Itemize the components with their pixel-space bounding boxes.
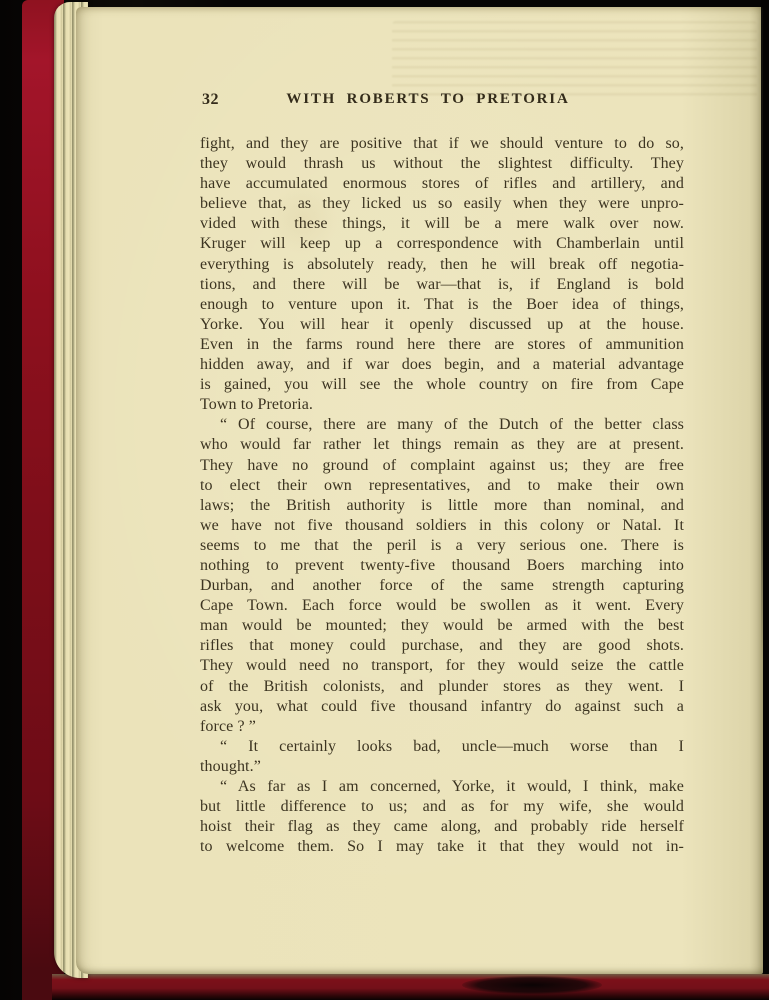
text-line: rifles that money could purchase, and th…	[200, 636, 684, 656]
book-page: 32 WITH ROBERTS TO PRETORIA fight, and t…	[76, 7, 763, 974]
text-line: fight, and they are positive that if we …	[200, 134, 684, 154]
text-line: seems to me that the peril is a very ser…	[200, 536, 684, 556]
text-line: believe that, as they licked us so easil…	[200, 194, 684, 214]
text-line: Kruger will keep up a correspondence wit…	[200, 234, 684, 254]
text-line: to elect their own representatives, and …	[200, 476, 684, 496]
page-body-text: fight, and they are positive that if we …	[200, 134, 684, 857]
text-line: have accumulated enormous stores of rifl…	[200, 174, 684, 194]
text-line: They would need no transport, for they w…	[200, 656, 684, 676]
text-line: “ Of course, there are many of the Dutch…	[200, 415, 684, 435]
text-line: to welcome them. So I may take it that t…	[200, 837, 684, 857]
text-line: who would far rather let things remain a…	[200, 435, 684, 455]
text-line: force ? ”	[200, 717, 684, 737]
paragraph: “ It certainly looks bad, uncle—much wor…	[200, 737, 684, 777]
text-line: Yorke. You will hear it openly discussed…	[200, 315, 684, 335]
text-line: tions, and there will be war—that is, if…	[200, 275, 684, 295]
right-dark-edge	[761, 0, 769, 660]
book-scan-scene: 32 WITH ROBERTS TO PRETORIA fight, and t…	[0, 0, 769, 1000]
text-line: of the British colonists, and plunder st…	[200, 677, 684, 697]
paragraph: “ Of course, there are many of the Dutch…	[200, 415, 684, 737]
text-line: they would thrash us without the slighte…	[200, 154, 684, 174]
text-line: enough to venture upon it. That is the B…	[200, 295, 684, 315]
text-line: Cape Town. Each force would be swollen a…	[200, 596, 684, 616]
cover-shadow-blob	[462, 976, 602, 994]
running-title: WITH ROBERTS TO PRETORIA	[200, 91, 656, 108]
paragraph: fight, and they are positive that if we …	[200, 134, 684, 415]
page-number: 32	[202, 91, 219, 109]
text-line: everything is absolutely ready, then he …	[200, 255, 684, 275]
text-line: but little difference to us; and as for …	[200, 797, 684, 817]
text-line: vided with these things, it will be a me…	[200, 214, 684, 234]
text-line: hoist their flag as they came along, and…	[200, 817, 684, 837]
text-line: Town to Pretoria.	[200, 395, 684, 415]
text-line: “ As far as I am concerned, Yorke, it wo…	[200, 777, 684, 797]
text-line: Durban, and another force of the same st…	[200, 576, 684, 596]
text-line: hidden away, and if war does begin, and …	[200, 355, 684, 375]
text-line: we have not five thousand soldiers in th…	[200, 516, 684, 536]
page-header: 32 WITH ROBERTS TO PRETORIA	[200, 91, 684, 113]
text-line: is gained, you will see the whole countr…	[200, 375, 684, 395]
text-line: Even in the farms round here there are s…	[200, 335, 684, 355]
page-edge-shading	[392, 21, 757, 99]
text-line: They have no ground of complaint against…	[200, 456, 684, 476]
paragraph: “ As far as I am concerned, Yorke, it wo…	[200, 777, 684, 857]
book-cover-bottom-edge	[52, 974, 769, 1000]
text-line: laws; the British authority is little mo…	[200, 496, 684, 516]
text-line: man would be mounted; they would be arme…	[200, 616, 684, 636]
text-line: “ It certainly looks bad, uncle—much wor…	[200, 737, 684, 757]
text-line: nothing to prevent twenty-five thousand …	[200, 556, 684, 576]
text-line: thought.”	[200, 757, 684, 777]
text-line: ask you, what could five thousand infant…	[200, 697, 684, 717]
